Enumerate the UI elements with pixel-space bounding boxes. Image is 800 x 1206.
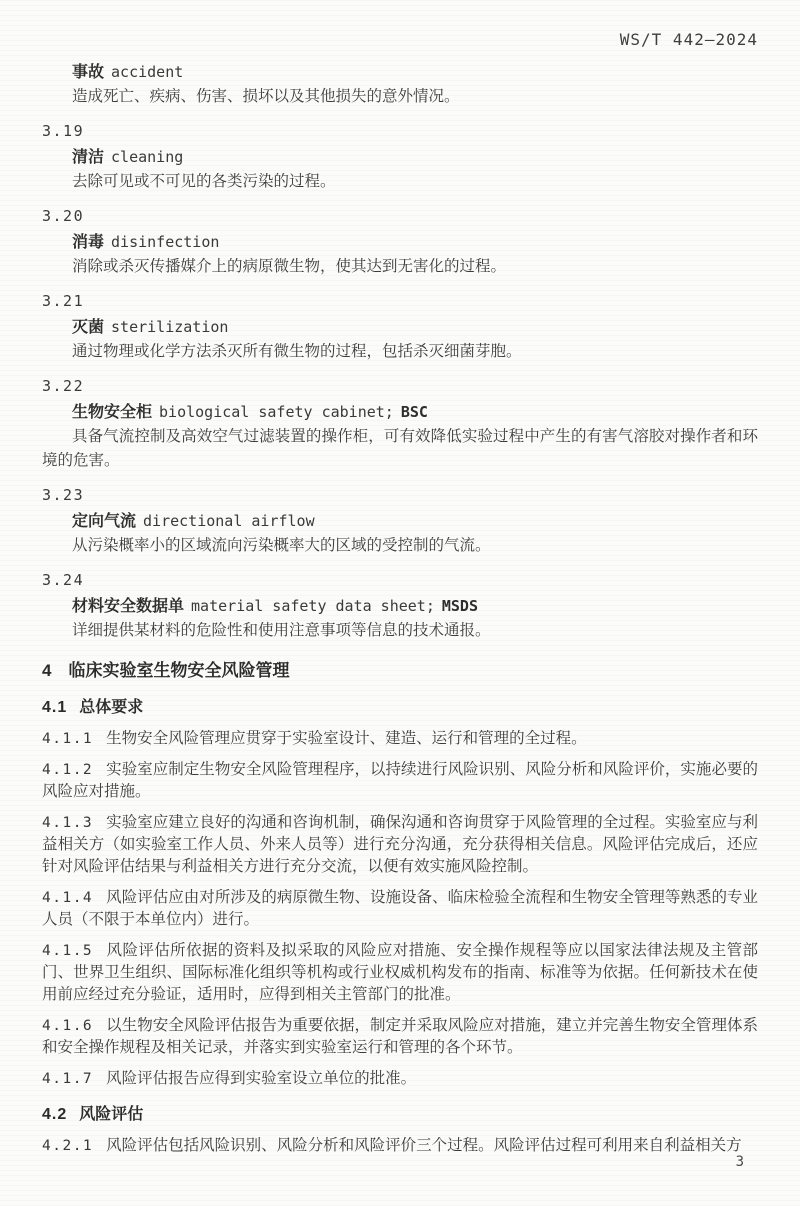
term-number: 3.20 — [42, 204, 758, 228]
term-number: 3.24 — [42, 568, 758, 592]
section-title: 总体要求 — [79, 699, 143, 716]
term-abbr: BSC — [401, 403, 428, 421]
terms-section: 事故accident 造成死亡、疾病、伤害、损坏以及其他损失的意外情况。 3.1… — [42, 60, 758, 643]
term-zh: 事故 — [72, 64, 104, 81]
clause-paragraph-4-1-5: 4.1.5风险评估所依据的资料及拟采取的风险应对措施、安全操作规程等应以国家法律… — [42, 940, 758, 1006]
clause-text: 实验室应建立良好的沟通和咨询机制，确保沟通和咨询贯穿于风险管理的全过程。实验室应… — [42, 814, 758, 875]
term-zh: 灭菌 — [72, 319, 104, 336]
term-block-disinfection: 3.20 消毒disinfection 消除或杀灭传播媒介上的病原微生物，使其达… — [42, 204, 758, 279]
clause-paragraph-4-1-2: 4.1.2实验室应制定生物安全风险管理程序，以持续进行风险识别、风险分析和风险评… — [42, 759, 758, 803]
clause-text: 生物安全风险管理应贯穿于实验室设计、建造、运行和管理的全过程。 — [106, 730, 587, 747]
term-zh: 清洁 — [72, 149, 104, 166]
term-en: disinfection — [111, 233, 219, 251]
term-line: 清洁cleaning — [72, 145, 758, 170]
clause-number: 4.1.1 — [42, 731, 93, 747]
term-block-sterilization: 3.21 灭菌sterilization 通过物理或化学方法杀灭所有微生物的过程… — [42, 289, 758, 364]
clause-text: 风险评估所依据的资料及拟采取的风险应对措施、安全操作规程等应以国家法律法规及主管… — [42, 942, 758, 1003]
term-en: biological safety cabinet; — [159, 403, 394, 421]
chapter-title: 临床实验室生物安全风险管理 — [68, 661, 289, 680]
clause-paragraph-4-1-3: 4.1.3实验室应建立良好的沟通和咨询机制，确保沟通和咨询贯穿于风险管理的全过程… — [42, 812, 758, 878]
term-block-bsc: 3.22 生物安全柜biological safety cabinet;BSC … — [42, 374, 758, 473]
clause-number: 4.1.2 — [42, 762, 93, 778]
term-zh: 定向气流 — [72, 513, 136, 530]
term-abbr: MSDS — [442, 597, 478, 615]
clause-number: 4.2.1 — [42, 1138, 93, 1154]
clause-text: 风险评估应由对所涉及的病原微生物、设施设备、临床检验全流程和生物安全管理等熟悉的… — [42, 889, 758, 928]
clause-number: 4.1.7 — [42, 1071, 93, 1087]
section-number: 4.1 — [42, 699, 67, 716]
term-block-accident: 事故accident 造成死亡、疾病、伤害、损坏以及其他损失的意外情况。 — [42, 60, 758, 109]
section-heading-4-1: 4.1总体要求 — [42, 697, 758, 719]
term-definition: 具备气流控制及高效空气过滤装置的操作柜，可有效降低实验过程中产生的有害气溶胶对操… — [42, 425, 758, 473]
term-block-msds: 3.24 材料安全数据单material safety data sheet;M… — [42, 568, 758, 643]
term-zh: 生物安全柜 — [72, 404, 152, 421]
term-line: 材料安全数据单material safety data sheet;MSDS — [72, 594, 758, 619]
term-en: sterilization — [111, 318, 228, 336]
term-line: 灭菌sterilization — [72, 315, 758, 340]
term-zh: 消毒 — [72, 234, 104, 251]
term-line: 生物安全柜biological safety cabinet;BSC — [72, 400, 758, 425]
clause-text: 实验室应制定生物安全风险管理程序，以持续进行风险识别、风险分析和风险评价，实施必… — [42, 761, 758, 800]
section-number: 4.2 — [42, 1106, 67, 1123]
term-block-directional-airflow: 3.23 定向气流directional airflow 从污染概率小的区域流向… — [42, 483, 758, 558]
term-zh: 材料安全数据单 — [72, 598, 184, 615]
chapter-number: 4 — [42, 661, 52, 680]
section-heading-4-2: 4.2风险评估 — [42, 1104, 758, 1126]
clause-text: 风险评估报告应得到实验室设立单位的批准。 — [106, 1070, 416, 1087]
section-title: 风险评估 — [79, 1106, 143, 1123]
chapter-heading: 4临床实验室生物安全风险管理 — [42, 659, 758, 683]
clause-text: 风险评估包括风险识别、风险分析和风险评价三个过程。风险评估过程可利用来自利益相关… — [106, 1137, 742, 1154]
term-en: cleaning — [111, 148, 183, 166]
clause-paragraph-4-1-6: 4.1.6以生物安全风险评估报告为重要依据，制定并采取风险应对措施，建立并完善生… — [42, 1015, 758, 1059]
document-page: { "header": { "doc_number": "WS/T 442—20… — [0, 0, 800, 1206]
term-block-cleaning: 3.19 清洁cleaning 去除可见或不可见的各类污染的过程。 — [42, 119, 758, 194]
term-definition: 造成死亡、疾病、伤害、损坏以及其他损失的意外情况。 — [42, 85, 758, 109]
term-number: 3.19 — [42, 119, 758, 143]
clause-paragraph-4-1-1: 4.1.1生物安全风险管理应贯穿于实验室设计、建造、运行和管理的全过程。 — [42, 728, 758, 750]
term-number: 3.22 — [42, 374, 758, 398]
page-number: 3 — [736, 1154, 744, 1170]
clause-paragraph-4-1-7: 4.1.7风险评估报告应得到实验室设立单位的批准。 — [42, 1068, 758, 1090]
term-line: 定向气流directional airflow — [72, 509, 758, 534]
term-definition: 去除可见或不可见的各类污染的过程。 — [42, 170, 758, 194]
term-en: accident — [111, 63, 183, 81]
term-line: 消毒disinfection — [72, 230, 758, 255]
term-definition: 详细提供某材料的危险性和使用注意事项等信息的技术通报。 — [42, 619, 758, 643]
term-en: directional airflow — [143, 512, 315, 530]
term-definition: 从污染概率小的区域流向污染概率大的区域的受控制的气流。 — [42, 534, 758, 558]
clause-number: 4.1.4 — [42, 890, 93, 906]
doc-number-header: WS/T 442—2024 — [42, 30, 758, 50]
clause-number: 4.1.3 — [42, 815, 93, 831]
clause-number: 4.1.5 — [42, 943, 93, 959]
term-line: 事故accident — [72, 60, 758, 85]
clause-text: 以生物安全风险评估报告为重要依据，制定并采取风险应对措施，建立并完善生物安全管理… — [42, 1017, 758, 1056]
term-definition: 通过物理或化学方法杀灭所有微生物的过程，包括杀灭细菌芽胞。 — [42, 340, 758, 364]
clause-paragraph-4-2-1: 4.2.1风险评估包括风险识别、风险分析和风险评价三个过程。风险评估过程可利用来… — [42, 1135, 758, 1157]
clause-number: 4.1.6 — [42, 1018, 93, 1034]
term-number: 3.21 — [42, 289, 758, 313]
term-en: material safety data sheet; — [191, 597, 435, 615]
standard-document-page: WS/T 442—2024 事故accident 造成死亡、疾病、伤害、损坏以及… — [0, 0, 800, 1206]
term-number: 3.23 — [42, 483, 758, 507]
term-definition: 消除或杀灭传播媒介上的病原微生物，使其达到无害化的过程。 — [42, 255, 758, 279]
clause-paragraph-4-1-4: 4.1.4风险评估应由对所涉及的病原微生物、设施设备、临床检验全流程和生物安全管… — [42, 887, 758, 931]
